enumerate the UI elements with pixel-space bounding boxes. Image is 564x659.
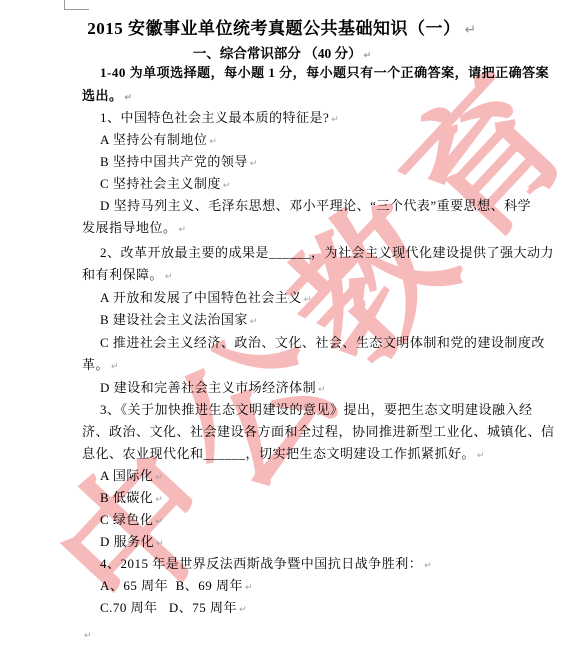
section-heading: 一、综合常识部分 （40 分） xyxy=(0,42,564,62)
q2-option-d: D 建设和完善社会主义市场经济体制 xyxy=(100,378,326,399)
q2-option-a: A 开放和发展了中国特色社会主义 xyxy=(100,288,312,309)
q3-option-c: C 绿色化 xyxy=(100,510,163,531)
q1-option-c: C 坚持社会主义制度 xyxy=(100,174,231,195)
q3-option-a: A 国际化 xyxy=(100,466,163,487)
q4-options-cd: C.70 周年 D、75 周年 xyxy=(100,598,247,619)
instruction-line-1: 1-40 为单项选择题，每小题 1 分，每小题只有一个正确答案，请把正确答案 xyxy=(100,63,549,83)
q1-option-d-cont: 发展指导地位。 xyxy=(82,218,187,239)
q3-stem-line-3: 息化、农业现代化和______，切实把生态文明建设工作抓紧抓好。 xyxy=(82,444,485,465)
q3-option-b: B 低碳化 xyxy=(100,488,163,509)
q1-option-b: B 坚持中国共产党的领导 xyxy=(100,152,258,173)
empty-paragraph-mark xyxy=(82,624,92,645)
page-title: 2015 安徽事业单位统考真题公共基础知识（一） xyxy=(0,14,564,39)
q3-stem-line-1: 3、《关于加快推进生态文明建设的意见》提出，要把生态文明建设融入经 xyxy=(100,400,533,420)
text-layer: 2015 安徽事业单位统考真题公共基础知识（一） 一、综合常识部分 （40 分）… xyxy=(0,0,564,659)
q2-option-c: C 推进社会主义经济、政治、文化、社会、生态文明体制和党的建设制度改 xyxy=(100,333,545,353)
q2-option-c-cont: 革。 xyxy=(82,355,119,376)
q1-option-d: D 坚持马列主义、毛泽东思想、邓小平理论、“三个代表”重要思想、科学 xyxy=(100,196,531,216)
q3-option-d: D 服务化 xyxy=(100,532,164,553)
q2-stem-line-2: 和有利保障。 xyxy=(82,265,173,286)
instruction-line-2: 选出。 xyxy=(82,86,133,107)
q2-stem-line-1: 2、改革开放最主要的成果是______，为社会主义现代化建设提供了强大动力 xyxy=(100,243,554,263)
q4-options-ab: A、65 周年 B、69 周年 xyxy=(100,576,253,597)
q3-stem-line-2: 济、政治、文化、社会建设各方面和全过程，协同推进新型工业化、城镇化、信 xyxy=(82,422,555,442)
q2-option-b: B 建设社会主义法治国家 xyxy=(100,310,258,331)
document-page: 中公教育 2015 安徽事业单位统考真题公共基础知识（一） 一、综合常识部分 （… xyxy=(0,0,564,659)
q1-option-a: A 坚持公有制地位 xyxy=(100,130,217,151)
q4-stem-line-1: 4、2015 年是世界反法西斯战争暨中国抗日战争胜利： xyxy=(100,554,432,575)
q1-stem-line-1: 1、中国特色社会主义最本质的特征是? xyxy=(100,108,339,129)
